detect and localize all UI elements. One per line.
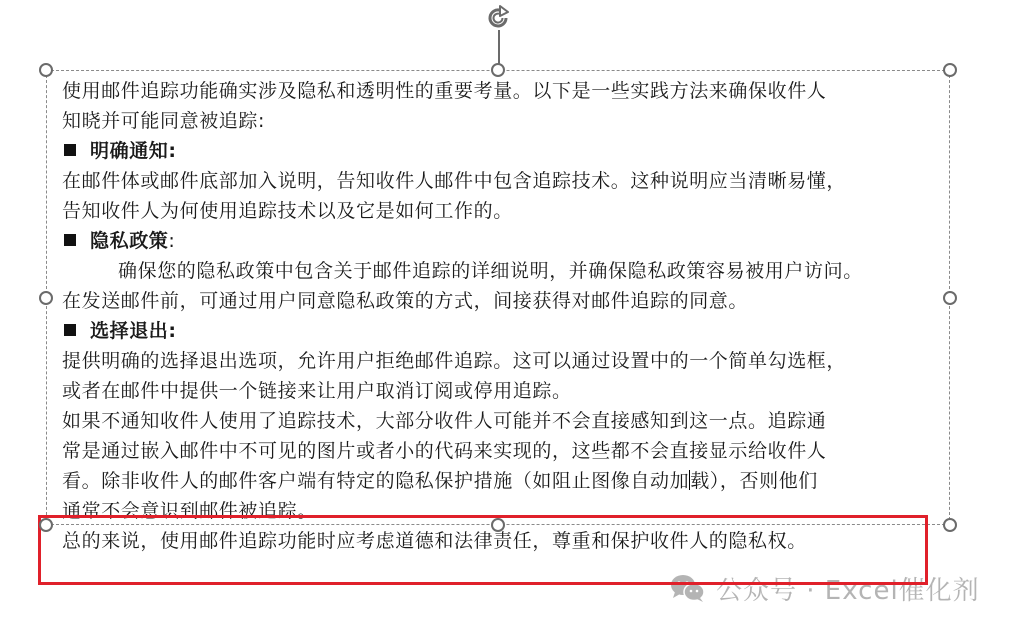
section-opt-out-line-1: 提供明确的选择退出选项，允许用户拒绝邮件追踪。这可以通过设置中的一个简单勾选框， — [62, 346, 952, 376]
section-opt-out-line-2: 或者在邮件中提供一个链接来让用户取消订阅或停用追踪。 — [62, 376, 952, 406]
rotate-handle-icon[interactable] — [486, 4, 512, 32]
section-notice-line-2: 告知收件人为何使用追踪技术以及它是如何工作的。 — [62, 196, 952, 226]
section-notice-line-1: 在邮件体或邮件底部加入说明，告知收件人邮件中包含追踪技术。这种说明应当清晰易懂， — [62, 166, 952, 196]
textbox-body[interactable]: 使用邮件追踪功能确实涉及隐私和透明性的重要考量。以下是一些实践方法来确保收件人 … — [62, 76, 952, 556]
paragraph-4-line-2: 常是通过嵌入邮件中不可见的图片或者小的代码来实现的，这些都不会直接显示给收件人 — [62, 436, 952, 466]
resize-handle-bottom-center[interactable] — [491, 518, 505, 532]
intro-line-2: 知晓并可能同意被追踪: — [62, 106, 952, 136]
section-heading-notice: 明确通知: — [62, 136, 952, 166]
section-heading-privacy-policy: 隐私政策: — [62, 226, 952, 256]
resize-handle-middle-left[interactable] — [39, 291, 53, 305]
resize-handle-top-right[interactable] — [943, 63, 957, 77]
intro-line-1: 使用邮件追踪功能确实涉及隐私和透明性的重要考量。以下是一些实践方法来确保收件人 — [62, 76, 952, 106]
resize-handle-bottom-left[interactable] — [39, 518, 53, 532]
section-privacy-line-2: 在发送邮件前，可通过用户同意隐私政策的方式，间接获得对邮件追踪的同意。 — [62, 286, 952, 316]
red-highlight-box — [38, 515, 928, 585]
black-square-bullet-icon — [64, 324, 76, 336]
resize-handle-bottom-right[interactable] — [943, 518, 957, 532]
black-square-bullet-icon — [64, 144, 76, 156]
resize-handle-middle-right[interactable] — [943, 291, 957, 305]
resize-handle-top-left[interactable] — [39, 63, 53, 77]
black-square-bullet-icon — [64, 234, 76, 246]
paragraph-4-line-3: 看。除非收件人的邮件客户端有特定的隐私保护措施（如阻止图像自动加载），否则他们 — [62, 466, 952, 496]
section-heading-opt-out: 选择退出: — [62, 316, 952, 346]
slide-canvas: 使用邮件追踪功能确实涉及隐私和透明性的重要考量。以下是一些实践方法来确保收件人 … — [0, 0, 1022, 630]
paragraph-4-line-1: 如果不通知收件人使用了追踪技术，大部分收件人可能并不会直接感知到这一点。追踪通 — [62, 406, 952, 436]
section-privacy-line-1: 确保您的隐私政策中包含关于邮件追踪的详细说明，并确保隐私政策容易被用户访问。 — [62, 256, 952, 286]
resize-handle-top-center[interactable] — [491, 63, 505, 77]
